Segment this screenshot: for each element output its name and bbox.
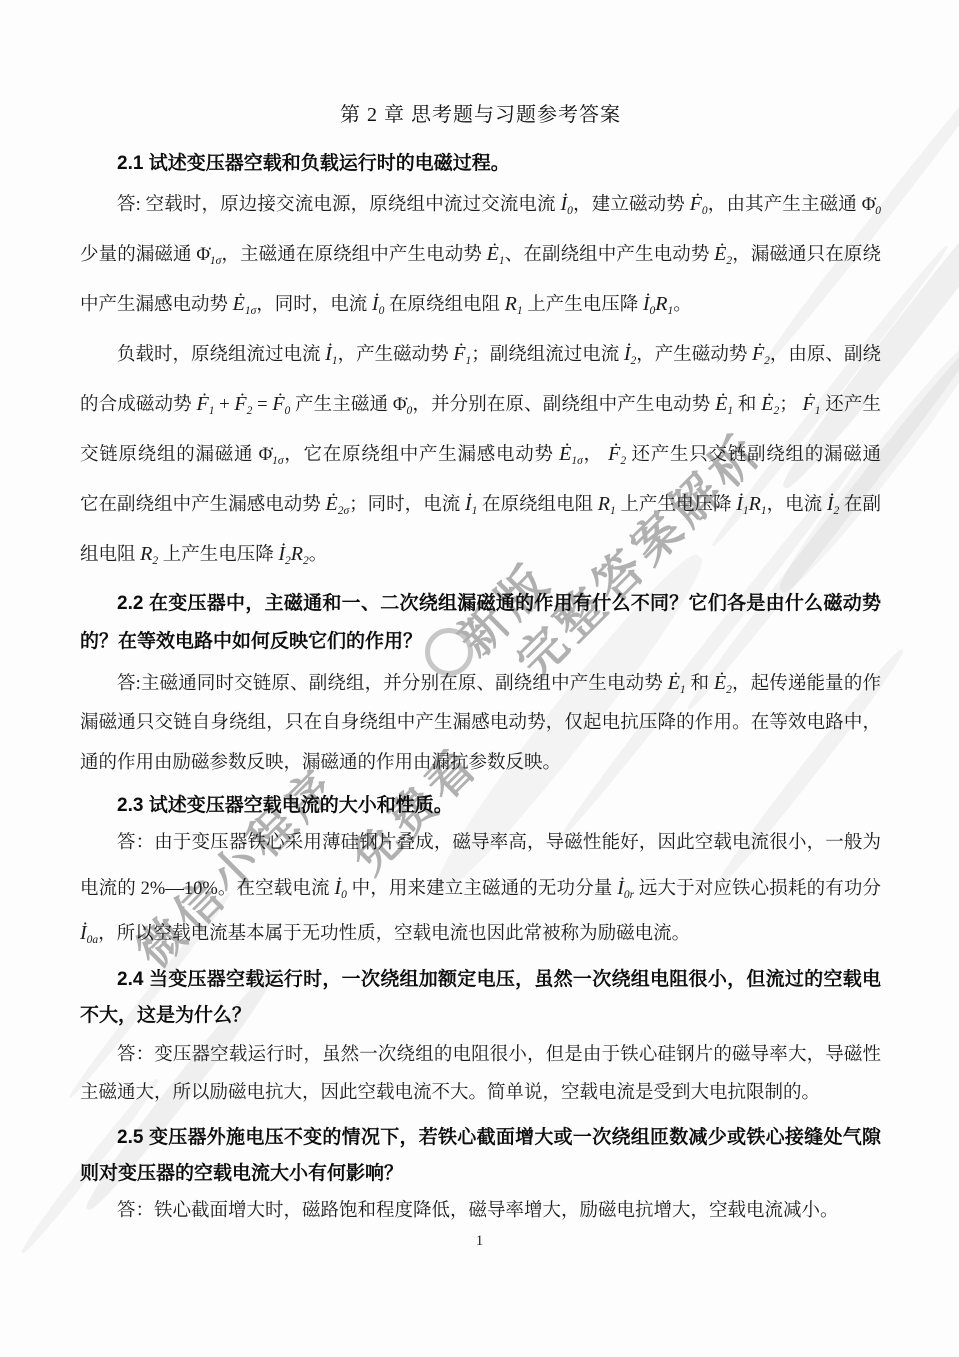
- answer-2-1-p1: 答: 空载时，原边接交流电源，原绕组中流过交流电流 İ0，建立磁动势 Ḟ0，由其…: [80, 179, 881, 329]
- document-page: 微信小程序 免费看 新版 完整答案解析 第 2 章 思考题与习题参考答案 2.1…: [0, 0, 959, 1357]
- document-content: 第 2 章 思考题与习题参考答案 2.1 试述变压器空载和负载运行时的电磁过程。…: [80, 0, 881, 1230]
- question-line: 2.2 在变压器中，主磁通和一、二次绕组漏磁通的作用有什么不同？它们各是由什么磁…: [80, 585, 881, 623]
- question-2-5: 2.5 变压器外施电压不变的情况下，若铁心截面增大或一次绕组匝数减少或铁心接缝处…: [80, 1120, 881, 1192]
- question-2-1: 2.1 试述变压器空载和负载运行时的电磁过程。: [80, 149, 881, 179]
- answer-line: 答：铁心截面增大时，磁路饱和程度降低，磁导率增大，励磁电抗增大，空载电流减小。: [80, 1192, 881, 1230]
- question-2-3: 2.3 试述变压器空载电流的大小和性质。: [80, 791, 881, 821]
- answer-line: 电流的 2%—10%。在空载电流 İ0 中，用来建立主磁通的无功分量 İ0r 远…: [80, 866, 881, 911]
- question-line: 不大，这是为什么？: [80, 998, 881, 1034]
- answer-line: 答：由于变压器铁心采用薄硅钢片叠成，磁导率高，导磁性能好，因此空载电流很小，一般…: [80, 821, 881, 866]
- question-line: 则对变压器的空载电流大小有何影响？: [80, 1156, 881, 1192]
- answer-line: 少量的漏磁通 Φ̇1σ，主磁通在原绕组中产生电动势 Ė1、在副绕组中产生电动势 …: [80, 229, 881, 279]
- answer-2-5: 答：铁心截面增大时，磁路饱和程度降低，磁导率增大，励磁电抗增大，空载电流减小。: [80, 1192, 881, 1230]
- answer-2-4: 答：变压器空载运行时，虽然一次绕组的电阻很小，但是由于铁心硅钢片的磁导率大，导磁…: [80, 1036, 881, 1112]
- question-2-4: 2.4 当变压器空载运行时，一次绕组加额定电压，虽然一次绕组电阻很小，但流过的空…: [80, 962, 881, 1034]
- question-line: 2.3 试述变压器空载电流的大小和性质。: [80, 791, 881, 821]
- answer-line: 答: 空载时，原边接交流电源，原绕组中流过交流电流 İ0，建立磁动势 Ḟ0，由其…: [80, 179, 881, 229]
- answer-2-1-p2: 负载时，原绕组流过电流 İ1，产生磁动势 Ḟ1；副绕组流过电流 İ2，产生磁动势…: [80, 329, 881, 579]
- answer-2-3: 答：由于变压器铁心采用薄硅钢片叠成，磁导率高，导磁性能好，因此空载电流很小，一般…: [80, 821, 881, 956]
- page-title: 第 2 章 思考题与习题参考答案: [80, 101, 881, 129]
- question-line: 2.5 变压器外施电压不变的情况下，若铁心截面增大或一次绕组匝数减少或铁心接缝处…: [80, 1120, 881, 1156]
- answer-line: 通的作用由励磁参数反映，漏磁通的作用由漏抗参数反映。: [80, 743, 881, 783]
- question-line: 2.1 试述变压器空载和负载运行时的电磁过程。: [80, 149, 881, 179]
- answer-line: 的合成磁动势 Ḟ1 + Ḟ2 = Ḟ0 产生主磁通 Φ̇0，并分别在原、副绕组中…: [80, 379, 881, 429]
- answer-line: 答：变压器空载运行时，虽然一次绕组的电阻很小，但是由于铁心硅钢片的磁导率大，导磁…: [80, 1036, 881, 1074]
- answer-line: 答:主磁通同时交链原、副绕组，并分别在原、副绕组中产生电动势 Ė1 和 Ė2，起…: [80, 663, 881, 703]
- answer-2-2: 答:主磁通同时交链原、副绕组，并分别在原、副绕组中产生电动势 Ė1 和 Ė2，起…: [80, 663, 881, 783]
- answer-line: 它在副绕组中产生漏感电动势 Ė2σ；同时，电流 İ1 在原绕组电阻 R1 上产生…: [80, 479, 881, 529]
- question-2-2: 2.2 在变压器中，主磁通和一、二次绕组漏磁通的作用有什么不同？它们各是由什么磁…: [80, 585, 881, 661]
- answer-line: 主磁通大，所以励磁电抗大，因此空载电流不大。简单说，空载电流是受到大电抗限制的。: [80, 1074, 881, 1112]
- answer-line: 漏磁通只交链自身绕组，只在自身绕组中产生漏感电动势，仅起电抗压降的作用。在等效电…: [80, 703, 881, 743]
- question-line: 的？在等效电路中如何反映它们的作用？: [80, 623, 881, 661]
- question-line: 2.4 当变压器空载运行时，一次绕组加额定电压，虽然一次绕组电阻很小，但流过的空…: [80, 962, 881, 998]
- answer-line: 交链原绕组的漏磁通 Φ̇1σ，它在原绕组中产生漏感电动势 Ė1σ， Ḟ2 还产生…: [80, 429, 881, 479]
- answer-line: 组电阻 R2 上产生电压降 İ2R2。: [80, 529, 881, 579]
- answer-line: İ0a，所以空载电流基本属于无功性质，空载电流也因此常被称为励磁电流。: [80, 911, 881, 956]
- page-number: 1: [0, 1233, 959, 1250]
- answer-line: 中产生漏感电动势 Ė1σ，同时，电流 İ0 在原绕组电阻 R1 上产生电压降 İ…: [80, 279, 881, 329]
- answer-line: 负载时，原绕组流过电流 İ1，产生磁动势 Ḟ1；副绕组流过电流 İ2，产生磁动势…: [80, 329, 881, 379]
